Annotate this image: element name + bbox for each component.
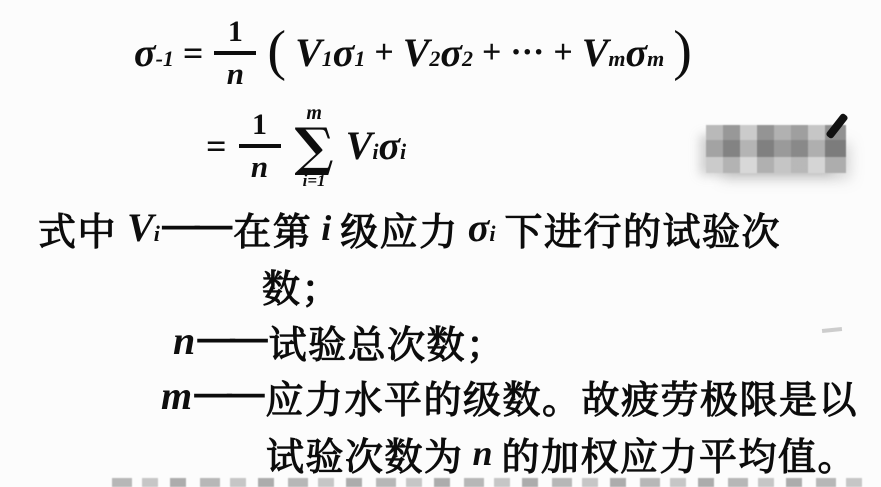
fraction-bar (239, 144, 281, 148)
definition-dash: —— (162, 205, 227, 248)
fraction-1-over-n: 1 n (214, 17, 256, 89)
equals-sign: = (183, 35, 204, 71)
ellipsis-dots: ··· (510, 36, 544, 70)
def-text: 在第 (233, 201, 312, 256)
where-clause-row-m-cont: 试验次数为 n 的加权应力平均值。 (266, 426, 857, 480)
fraction-1-over-n: 1 n (239, 110, 281, 182)
symbol-n: n (173, 321, 195, 361)
term-V1-sigma1: V1σ1 (295, 33, 365, 73)
definition-dash: —— (197, 318, 262, 361)
summation-sign: m ∑ i=1 (295, 103, 334, 189)
scan-artifact-dash (822, 327, 842, 333)
term-V2-sigma2: V2σ2 (403, 33, 473, 73)
term-Vm-sigmam: Vmσm (582, 33, 665, 73)
scanned-textbook-page: σ-1 = 1 n ( V1σ1 + V2σ2 + ··· + Vmσm ) =… (0, 0, 881, 487)
def-text: 级应力 (340, 201, 459, 256)
sigma-symbol: σ (134, 33, 156, 73)
plus-sign: + (374, 36, 393, 70)
fraction-denominator: n (251, 151, 268, 182)
where-clause-row-n: n —— 试验总次数； (173, 314, 506, 368)
def-text: 应力水平的级数。故疲劳极限是以 (266, 369, 859, 424)
equation-line-1: σ-1 = 1 n ( V1σ1 + V2σ2 + ··· + Vmσm ) (134, 8, 692, 98)
equation-line-2: = 1 n m ∑ i=1 Viσi (206, 94, 406, 198)
inline-sigma-i: σi (468, 208, 496, 248)
fraction-numerator: 1 (228, 17, 243, 47)
def-text: 的加权应力平均值。 (502, 426, 858, 481)
inline-n: n (473, 435, 493, 471)
where-clause-row-m: m —— 应力水平的级数。故疲劳极限是以 (161, 369, 858, 423)
cut-off-text-row (112, 478, 864, 487)
def-text: 下进行的试验次 (504, 201, 781, 256)
symbol-m: m (161, 376, 192, 416)
sigma-minus-1: σ-1 (134, 33, 174, 73)
sum-lower-limit: i=1 (303, 172, 326, 189)
plus-sign: + (482, 36, 501, 70)
def-text: 试验总次数； (269, 314, 506, 369)
fraction-denominator: n (227, 58, 244, 89)
plus-sign: + (553, 36, 572, 70)
inline-i: i (321, 210, 331, 246)
fraction-numerator: 1 (252, 110, 267, 140)
close-paren: ) (673, 23, 692, 79)
definition-dash: —— (194, 373, 259, 416)
def-text: 试验次数为 (266, 426, 464, 481)
where-label: 式中 (38, 201, 117, 256)
where-clause-row-Vi-cont: 数； (262, 258, 341, 312)
pixelated-redaction-block (706, 125, 846, 173)
where-clause-row-Vi: 式中 Vi —— 在第 i 级应力 σi 下进行的试验次 (38, 201, 781, 255)
open-paren: ( (267, 23, 286, 79)
equals-sign: = (206, 128, 227, 164)
term-Vi-sigmai: Viσi (346, 126, 407, 166)
def-text-continuation: 数； (262, 258, 341, 313)
fraction-bar (214, 51, 256, 55)
sigma-sum-symbol: ∑ (295, 123, 334, 172)
symbol-Vi: Vi (127, 208, 160, 248)
